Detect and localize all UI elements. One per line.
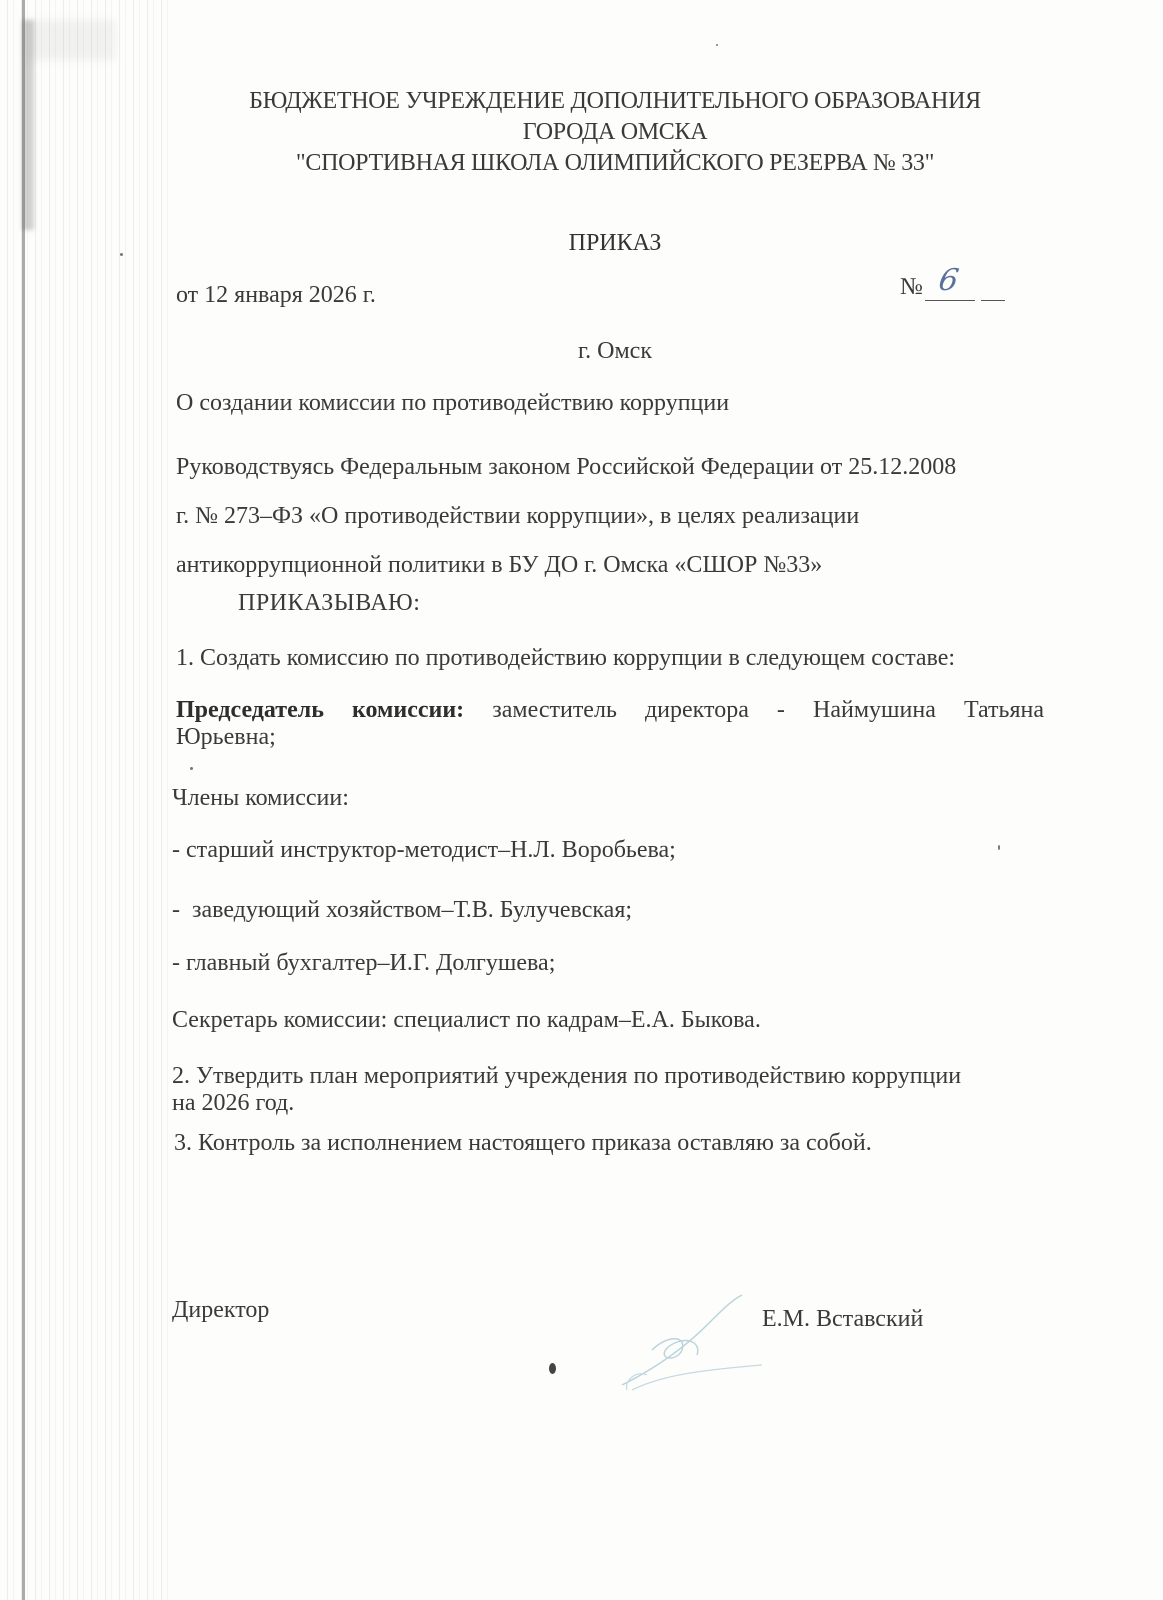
commission-secretary: Секретарь комиссии: специалист по кадрам… xyxy=(172,1007,761,1034)
header-line-1: БЮДЖЕТНОЕ УЧРЕЖДЕНИЕ ДОПОЛНИТЕЛЬНОГО ОБР… xyxy=(190,86,1040,117)
order-item-1: 1. Создать комиссию по противодействию к… xyxy=(176,645,955,672)
document-title: ПРИКАЗ xyxy=(0,230,1163,257)
number-sign: № xyxy=(900,274,923,301)
scan-speck xyxy=(998,845,1000,850)
scan-speck xyxy=(716,44,718,46)
document-subject: О создании комиссии по противодействию к… xyxy=(176,390,729,417)
chair-text: заместитель директора - Наймушина Татьян… xyxy=(492,697,1044,723)
number-underline: 6 xyxy=(925,270,975,301)
ordering-word: ПРИКАЗЫВАЮ: xyxy=(238,590,420,617)
chair-label: Председатель комиссии: xyxy=(176,697,464,723)
handwritten-number: 6 xyxy=(936,263,961,298)
order-item-2-line-1: 2. Утвердить план мероприятий учреждения… xyxy=(172,1063,1044,1090)
members-label: Члены комиссии: xyxy=(172,785,349,812)
document-number: № 6 xyxy=(900,270,1005,301)
organization-header: БЮДЖЕТНОЕ УЧРЕЖДЕНИЕ ДОПОЛНИТЕЛЬНОГО ОБР… xyxy=(190,86,1040,179)
preamble-line-3: антикоррупционной политики в БУ ДО г. Ом… xyxy=(176,541,1046,590)
scan-speck xyxy=(190,767,193,770)
header-line-3: "СПОРТИВНАЯ ШКОЛА ОЛИМПИЙСКОГО РЕЗЕРВА №… xyxy=(190,148,1040,179)
header-line-2: ГОРОДА ОМСКА xyxy=(190,117,1040,148)
number-underline-tail xyxy=(981,270,1005,301)
preamble-line-2: г. № 273–ФЗ «О противодействии коррупции… xyxy=(176,492,1046,541)
member-item: - заведующий хозяйством–Т.В. Булучевская… xyxy=(172,897,632,924)
document-page: БЮДЖЕТНОЕ УЧРЕЖДЕНИЕ ДОПОЛНИТЕЛЬНОГО ОБР… xyxy=(0,0,1163,1600)
ink-spot xyxy=(549,1363,556,1374)
document-date: от 12 января 2026 г. xyxy=(176,282,376,309)
signatory-name: Е.М. Вставский xyxy=(762,1306,923,1333)
preamble-line-1: Руководствуясь Федеральным законом Росси… xyxy=(176,443,1046,492)
document-city: г. Омск xyxy=(0,338,1163,365)
order-item-2: 2. Утвердить план мероприятий учреждения… xyxy=(172,1063,1044,1117)
order-item-3: 3. Контроль за исполнением настоящего пр… xyxy=(174,1130,872,1157)
scan-speck xyxy=(120,253,123,256)
signatory-title: Директор xyxy=(172,1297,269,1324)
order-item-2-line-2: на 2026 год. xyxy=(172,1090,1044,1117)
commission-chair: Председатель комиссии: заместитель дирек… xyxy=(176,697,1044,724)
preamble: Руководствуясь Федеральным законом Росси… xyxy=(176,443,1046,590)
signature-icon xyxy=(612,1290,772,1400)
member-item: - главный бухгалтер–И.Г. Долгушева; xyxy=(172,950,555,977)
member-item: - старший инструктор-методист–Н.Л. Вороб… xyxy=(172,837,676,864)
chair-text-continued: Юрьевна; xyxy=(176,724,276,751)
